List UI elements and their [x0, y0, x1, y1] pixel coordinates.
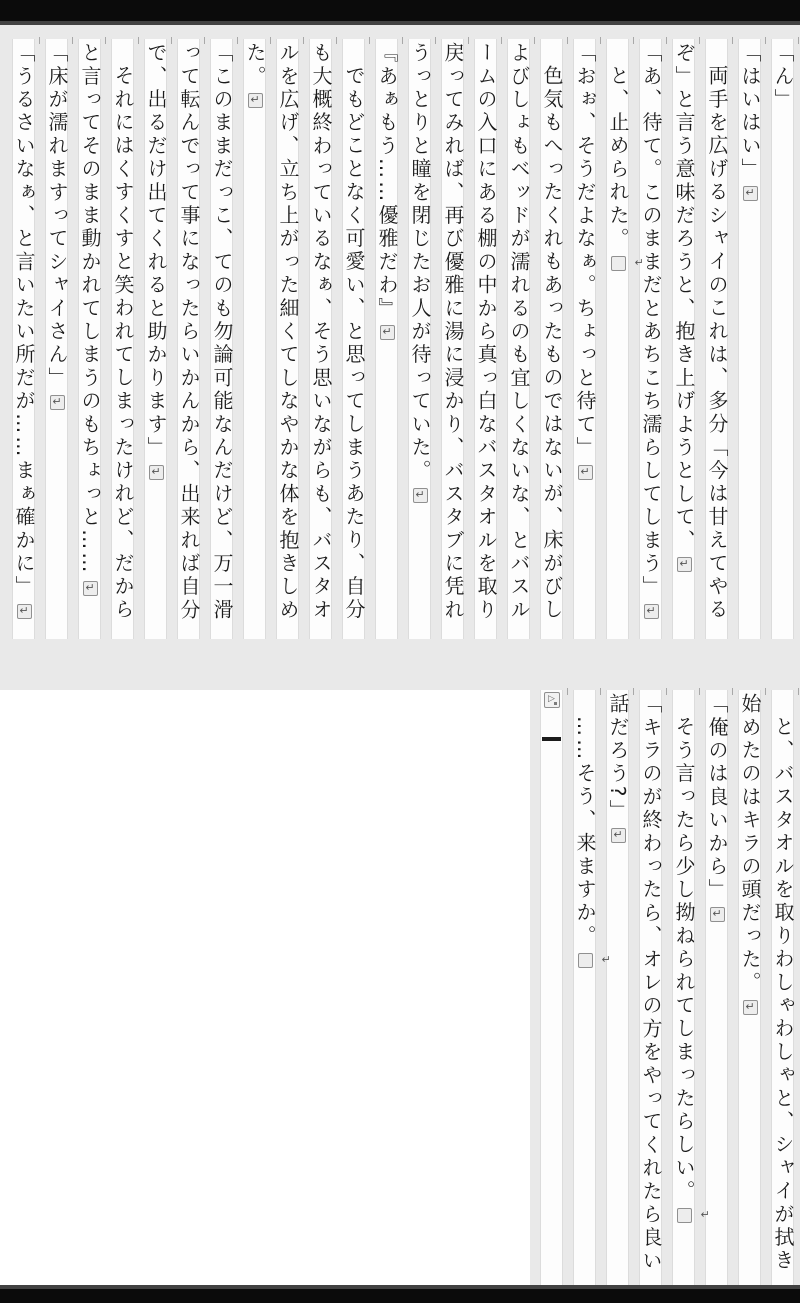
line-text-content: 「床が濡れますってシャイさん」	[45, 42, 69, 390]
line-text: と、止められた。↵	[607, 39, 628, 639]
return-mark-icon: ↵	[611, 256, 626, 271]
text-line-strip[interactable]: ぞ」と言う意味だろうと、抱き上げようとして、↵	[672, 39, 695, 639]
line-text-content: と、止められた。	[606, 65, 630, 251]
line-text-content: うっとりと瞳を閉じたお人が待っていた。	[408, 42, 432, 483]
return-mark-icon: ↵	[743, 1000, 758, 1015]
text-line-strip[interactable]: 「俺のは良いから」↵	[705, 690, 728, 1285]
text-line-strip[interactable]: 「はいはい」↵	[738, 39, 761, 639]
line-text-content: 両手を広げるシャイのこれは、多分「今は甘えてやる	[705, 65, 729, 622]
line-text: って転んでって事になったらいかんから、出来れば自分	[178, 39, 199, 639]
text-line-strip[interactable]: で、出るだけ出てくれると助かります」↵	[144, 39, 167, 639]
line-text-content: 話だろう?」	[606, 693, 630, 823]
line-text: た。↵	[244, 39, 265, 639]
line-text: 戻ってみれば、再び優雅に湯に浸かり、バスタブに凭れ	[442, 39, 463, 639]
line-text: も大概終わっているなぁ、そう思いながらも、バスタオ	[310, 39, 331, 639]
text-line-strip[interactable]: 「おぉ、そうだよなぁ。ちょっと待て」↵	[573, 39, 596, 639]
line-text: ームの入口にある棚の中から真っ白なバスタオルを取り	[475, 39, 496, 639]
line-text: 「このままだっこ、てのも勿論可能なんだけど、万一滑	[211, 39, 232, 639]
line-text: 話だろう?」↵	[607, 690, 628, 1285]
return-mark-icon: ↵	[50, 395, 65, 410]
line-text: ……そう、来ますか。↵	[574, 690, 595, 1285]
return-mark-icon: ↵	[149, 465, 164, 480]
line-text-content: よびしょもベッドが濡れるのも宜しくないな、とバスル	[507, 42, 531, 622]
return-mark-icon: ↵	[611, 828, 626, 843]
line-text-content: 「おぉ、そうだよなぁ。ちょっと待て」	[573, 42, 597, 460]
text-line-strip[interactable]: ……そう、来ますか。↵	[573, 690, 596, 1285]
return-mark-icon: ↵	[248, 93, 263, 108]
text-line-strip[interactable]: ームの入口にある棚の中から真っ白なバスタオルを取り	[474, 39, 497, 639]
line-text: 「はいはい」↵	[739, 39, 760, 639]
text-line-strip[interactable]: 「うるさいなぁ、と言いたい所だが……まぁ確かに」↵	[12, 39, 35, 639]
text-line-strip[interactable]: 『あぁもう……優雅だわ』↵	[375, 39, 398, 639]
return-mark-icon: ↵	[83, 581, 98, 596]
line-text-content: 色気もへったくれもあったものではないが、床がびし	[540, 65, 564, 622]
line-text: で、出るだけ出てくれると助かります」↵	[145, 39, 166, 639]
line-text: ぞ」と言う意味だろうと、抱き上げようとして、↵	[673, 39, 694, 639]
line-text-content: 『あぁもう……優雅だわ』	[375, 42, 399, 320]
return-mark-icon: ↵	[380, 325, 395, 340]
divider-line-strip[interactable]: ▷	[540, 690, 563, 1285]
line-text: そう言ったら少し拗ねられてしまったらしい。↵	[673, 690, 694, 1285]
text-line-strip[interactable]: でもどことなく可愛い、と思ってしまうあたり、自分	[342, 39, 365, 639]
line-text-content: 「はいはい」	[738, 42, 762, 181]
text-line-strip[interactable]: うっとりと瞳を閉じたお人が待っていた。↵	[408, 39, 431, 639]
line-text-content: それにはくすくすと笑われてしまったけれど、だから	[111, 65, 135, 622]
line-text-content: 「このままだっこ、てのも勿論可能なんだけど、万一滑	[210, 42, 234, 622]
page-1[interactable]: 「ん」「はいはい」↵両手を広げるシャイのこれは、多分「今は甘えてやるぞ」と言う意…	[0, 25, 800, 641]
line-text: 「うるさいなぁ、と言いたい所だが……まぁ確かに」↵	[13, 39, 34, 639]
line-text: 色気もへったくれもあったものではないが、床がびし	[541, 39, 562, 639]
text-line-strip[interactable]: 始めたのはキラの頭だった。↵	[738, 690, 761, 1285]
line-text-content: ームの入口にある棚の中から真っ白なバスタオルを取り	[474, 42, 498, 622]
line-text-content: ルを広げ、立ち上がった細くてしなやかな体を抱きしめ	[276, 42, 300, 622]
line-text: でもどことなく可愛い、と思ってしまうあたり、自分	[343, 39, 364, 639]
text-line-strip[interactable]: 「床が濡れますってシャイさん」↵	[45, 39, 68, 639]
text-line-strip[interactable]: 「このままだっこ、てのも勿論可能なんだけど、万一滑	[210, 39, 233, 639]
line-text-content: 「ん」	[771, 42, 795, 112]
bottom-black-bar	[0, 1285, 800, 1303]
line-text: 始めたのはキラの頭だった。↵	[739, 690, 760, 1285]
line-text: よびしょもベッドが濡れるのも宜しくないな、とバスル	[508, 39, 529, 639]
line-text-content: 「うるさいなぁ、と言いたい所だが……まぁ確かに」	[12, 42, 36, 599]
line-text: 両手を広げるシャイのこれは、多分「今は甘えてやる	[706, 39, 727, 639]
return-mark-icon: ↵	[413, 488, 428, 503]
line-text-content: た。	[243, 42, 267, 88]
page-break-icon: ▷	[544, 692, 560, 708]
text-line-strip[interactable]: ルを広げ、立ち上がった細くてしなやかな体を抱きしめ	[276, 39, 299, 639]
return-mark-icon: ↵	[17, 604, 32, 619]
line-text: 『あぁもう……優雅だわ』↵	[376, 39, 397, 639]
text-line-strip[interactable]: そう言ったら少し拗ねられてしまったらしい。↵	[672, 690, 695, 1285]
text-line-strip[interactable]: た。↵	[243, 39, 266, 639]
line-text: それにはくすくすと笑われてしまったけれど、だから	[112, 39, 133, 639]
return-mark-icon: ↵	[677, 557, 692, 572]
text-line-strip[interactable]: って転んでって事になったらいかんから、出来れば自分	[177, 39, 200, 639]
page-2[interactable]: と、バスタオルを取りわしゃわしゃと、シャイが拭き始めたのはキラの頭だった。↵「俺…	[0, 690, 800, 1285]
text-line-strip[interactable]: 色気もへったくれもあったものではないが、床がびし	[540, 39, 563, 639]
line-text: 「ん」	[772, 39, 793, 639]
section-gap	[0, 641, 800, 690]
text-line-strip[interactable]: と、バスタオルを取りわしゃわしゃと、シャイが拭き	[771, 690, 794, 1285]
line-text-content: と言ってそのまま動かれてしまうのもちょっと……	[78, 42, 102, 576]
text-line-strip[interactable]: 両手を広げるシャイのこれは、多分「今は甘えてやる	[705, 39, 728, 639]
page-2-lines[interactable]: と、バスタオルを取りわしゃわしゃと、シャイが拭き始めたのはキラの頭だった。↵「俺…	[530, 690, 800, 1285]
line-text: 「俺のは良いから」↵	[706, 690, 727, 1285]
line-text-content: 戻ってみれば、再び優雅に湯に浸かり、バスタブに凭れ	[441, 42, 465, 622]
line-text-content: って転んでって事になったらいかんから、出来れば自分	[177, 42, 201, 622]
line-text: 「おぉ、そうだよなぁ。ちょっと待て」↵	[574, 39, 595, 639]
line-text: と言ってそのまま動かれてしまうのもちょっと……↵	[79, 39, 100, 639]
line-text-content: 始めたのはキラの頭だった。	[738, 693, 762, 995]
line-text-content: 「キラのが終わったら、オレの方をやってくれたら良い	[639, 693, 663, 1273]
top-black-bar	[0, 0, 800, 25]
return-mark-icon: ↵	[743, 186, 758, 201]
line-text: と、バスタオルを取りわしゃわしゃと、シャイが拭き	[772, 690, 793, 1285]
line-text-content: そう言ったら少し拗ねられてしまったらしい。	[672, 716, 696, 1203]
text-line-strip[interactable]: よびしょもベッドが濡れるのも宜しくないな、とバスル	[507, 39, 530, 639]
line-text: 「あ、待て。このままだとあちこち濡らしてしまう」↵	[640, 39, 661, 639]
line-text-content: で、出るだけ出てくれると助かります」	[144, 42, 168, 460]
line-text: うっとりと瞳を閉じたお人が待っていた。↵	[409, 39, 430, 639]
line-text-content: でもどことなく可愛い、と思ってしまうあたり、自分	[342, 65, 366, 622]
line-text: ルを広げ、立ち上がった細くてしなやかな体を抱きしめ	[277, 39, 298, 639]
section-divider-bar	[542, 737, 561, 741]
line-text-content: ぞ」と言う意味だろうと、抱き上げようとして、	[672, 42, 696, 552]
return-mark-icon: ↵	[578, 465, 593, 480]
return-mark-icon: ↵	[644, 604, 659, 619]
text-line-strip[interactable]: と、止められた。↵	[606, 39, 629, 639]
text-line-strip[interactable]: 話だろう?」↵	[606, 690, 629, 1285]
return-mark-icon: ↵	[710, 907, 725, 922]
text-line-strip[interactable]: と言ってそのまま動かれてしまうのもちょっと……↵	[78, 39, 101, 639]
line-text-content: と、バスタオルを取りわしゃわしゃと、シャイが拭き	[771, 716, 795, 1273]
return-mark-icon: ↵	[578, 953, 593, 968]
line-text: 「床が濡れますってシャイさん」↵	[46, 39, 67, 639]
text-line-strip[interactable]: 「あ、待て。このままだとあちこち濡らしてしまう」↵	[639, 39, 662, 639]
line-text-content: 「あ、待て。このままだとあちこち濡らしてしまう」	[639, 42, 663, 599]
line-text: 「キラのが終わったら、オレの方をやってくれたら良い	[640, 690, 661, 1285]
line-text-content: ……そう、来ますか。	[573, 716, 597, 948]
return-mark-icon: ↵	[677, 1208, 692, 1223]
line-text-content: 「俺のは良いから」	[705, 693, 729, 902]
text-line-strip[interactable]: 「ん」	[771, 39, 794, 639]
line-text-content: も大概終わっているなぁ、そう思いながらも、バスタオ	[309, 42, 333, 622]
text-line-strip[interactable]: 戻ってみれば、再び優雅に湯に浸かり、バスタブに凭れ	[441, 39, 464, 639]
text-line-strip[interactable]: それにはくすくすと笑われてしまったけれど、だから	[111, 39, 134, 639]
text-line-strip[interactable]: も大概終わっているなぁ、そう思いながらも、バスタオ	[309, 39, 332, 639]
text-line-strip[interactable]: 「キラのが終わったら、オレの方をやってくれたら良い	[639, 690, 662, 1285]
